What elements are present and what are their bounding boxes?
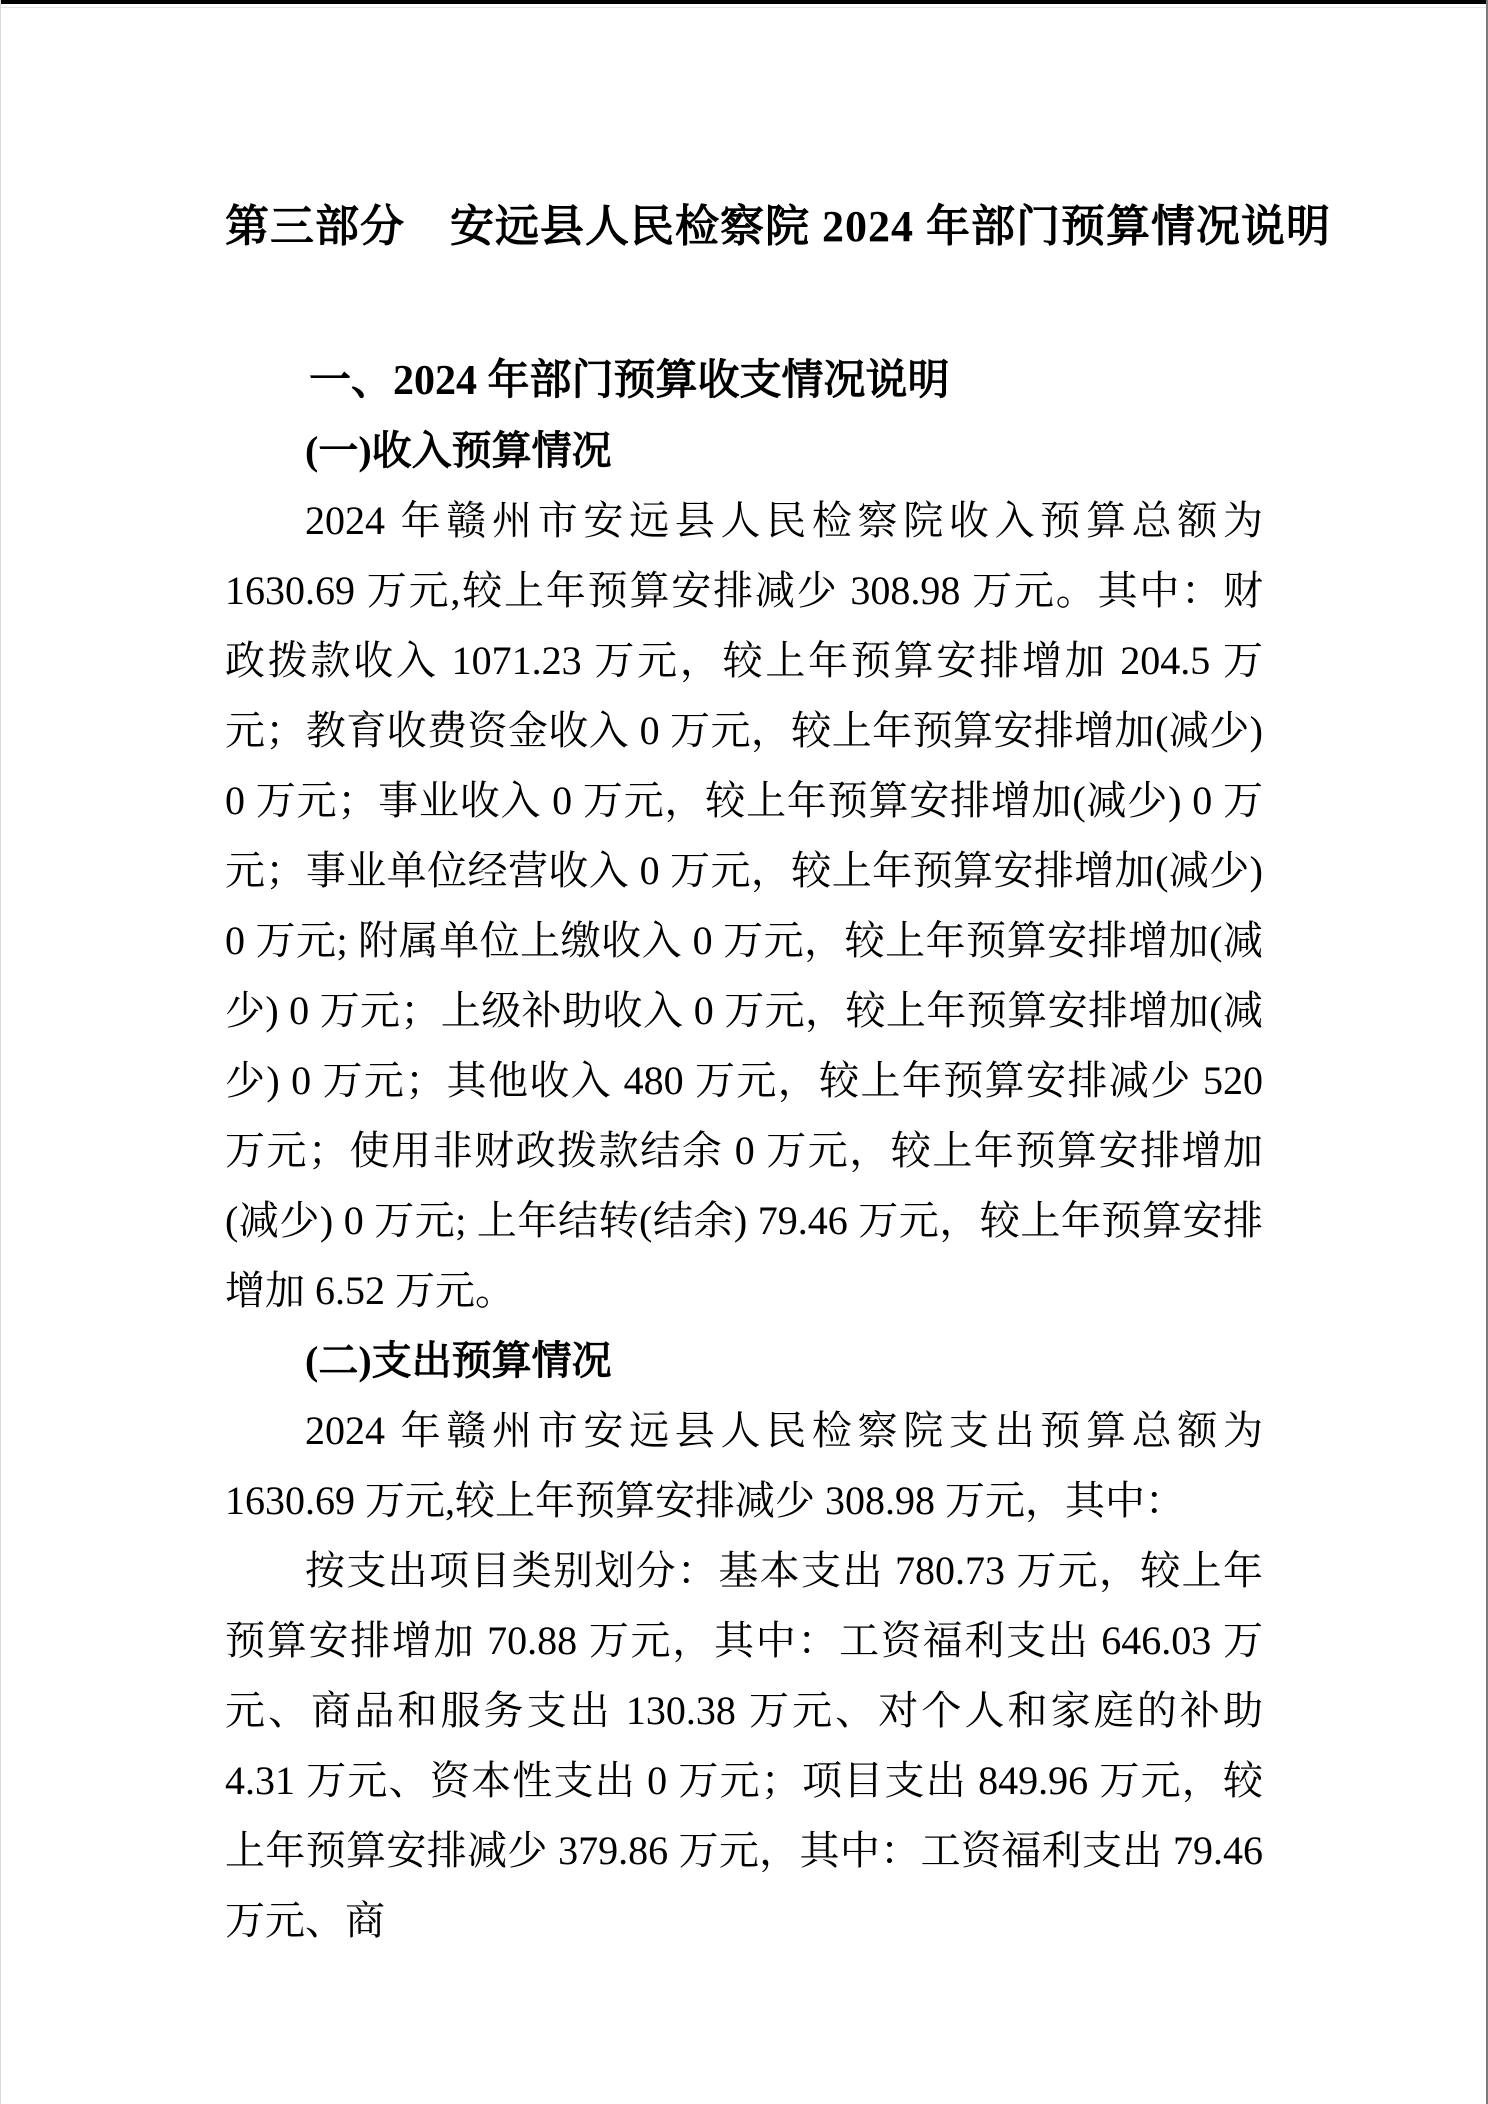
income-budget-paragraph: 2024 年赣州市安远县人民检察院收入预算总额为 1630.69 万元,较上年预…	[225, 486, 1263, 1326]
document-title: 第三部分 安远县人民检察院 2024 年部门预算情况说明	[225, 198, 1263, 256]
subsection-heading-expenditure: (二)支出预算情况	[225, 1326, 1263, 1396]
expenditure-detail-paragraph: 按支出项目类别划分：基本支出 780.73 万元，较上年预算安排增加 70.88…	[225, 1536, 1263, 1956]
section-heading-budget-overview: 一、2024 年部门预算收支情况说明	[225, 346, 1263, 416]
document-content: 第三部分 安远县人民检察院 2024 年部门预算情况说明 一、2024 年部门预…	[225, 198, 1263, 1956]
page-left-border	[0, 0, 1, 2104]
page-top-hairline	[0, 7, 1488, 8]
document-page: 第三部分 安远县人民检察院 2024 年部门预算情况说明 一、2024 年部门预…	[0, 0, 1488, 2104]
expenditure-intro-paragraph: 2024 年赣州市安远县人民检察院支出预算总额为 1630.69 万元,较上年预…	[225, 1396, 1263, 1536]
page-top-border	[0, 0, 1488, 4]
subsection-heading-income: (一)收入预算情况	[225, 416, 1263, 486]
